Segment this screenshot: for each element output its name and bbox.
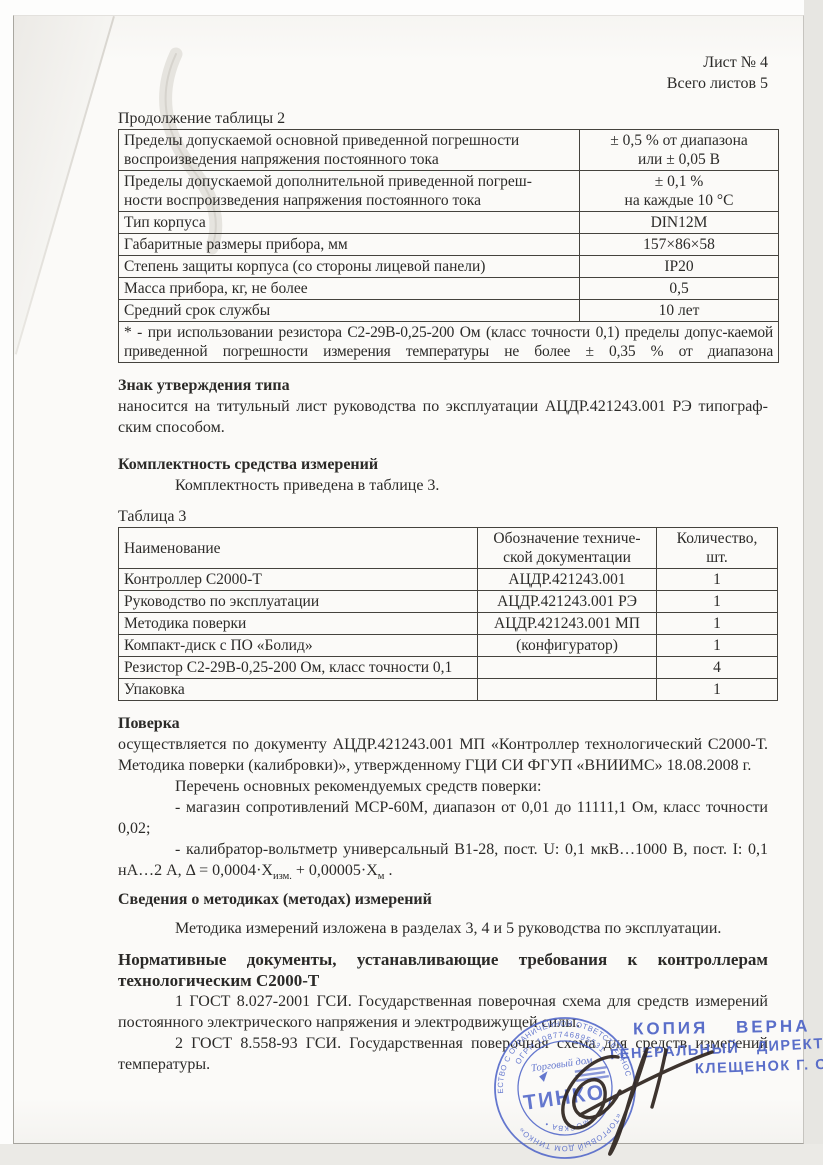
- table-row: Средний срок службы 10 лет: [119, 300, 779, 322]
- spec-value-cell: DIN12M: [580, 212, 779, 234]
- table-row: Контроллер С2000-Т АЦДР.421243.001 1: [119, 569, 778, 591]
- scanner-background-bottom: [0, 1144, 823, 1165]
- section-methods-heading: Сведения о методиках (методах) измерений: [118, 889, 768, 910]
- item-qty-cell: 4: [657, 657, 778, 679]
- col-header-qty: Количество, шт.: [657, 528, 778, 569]
- item-qty-cell: 1: [657, 613, 778, 635]
- item-name-cell: Резистор С2-29В-0,25-200 Ом, класс точно…: [119, 657, 478, 679]
- table2-footnote: * - при использовании резистора С2-29В-0…: [119, 322, 779, 363]
- table2-caption: Продолжение таблицы 2: [118, 108, 768, 129]
- item-doc-cell: [478, 657, 657, 679]
- completeness-text: Комплектность приведена в таблице 3.: [118, 475, 768, 496]
- table-header-row: Наименование Обозначение техниче- ской д…: [119, 528, 778, 569]
- item-doc-cell: (конфигуратор): [478, 635, 657, 657]
- table3-package-contents: Наименование Обозначение техниче- ской д…: [118, 527, 778, 701]
- item-doc-cell: АЦДР.421243.001 РЭ: [478, 591, 657, 613]
- section-completeness-heading: Комплектность средства измерений: [118, 454, 768, 475]
- sheet-number: Лист № 4: [118, 52, 768, 73]
- item-qty-cell: 1: [657, 569, 778, 591]
- table-row: Степень защиты корпуса (со стороны лицев…: [119, 256, 779, 278]
- section-normative-heading: Нормативные документы, устанавливающие т…: [118, 949, 768, 991]
- scanner-background-right: [804, 0, 823, 1165]
- formula-middle: + 0,00005·Х: [292, 862, 378, 879]
- item-name-cell: Контроллер С2000-Т: [119, 569, 478, 591]
- spec-value-cell: 0,5: [580, 278, 779, 300]
- spec-name-cell: Габаритные размеры прибора, мм: [119, 234, 580, 256]
- item-qty-cell: 1: [657, 635, 778, 657]
- table-row: Резистор С2-29В-0,25-200 Ом, класс точно…: [119, 657, 778, 679]
- normative-item-1: 1 ГОСТ 8.027-2001 ГСИ. Государственная п…: [118, 991, 768, 1033]
- table-row: Пределы допускаемой основной приведенной…: [119, 130, 779, 171]
- section-type-approval-heading: Знак утверждения типа: [118, 375, 768, 396]
- item-doc-cell: АЦДР.421243.001 МП: [478, 613, 657, 635]
- table-row: Тип корпуса DIN12M: [119, 212, 779, 234]
- type-approval-text: наносится на титульный лист руководства …: [118, 396, 768, 438]
- methods-text: Методика измерений изложена в разделах 3…: [118, 918, 768, 939]
- table-row: * - при использовании резистора С2-29В-0…: [119, 322, 779, 363]
- col-header-name: Наименование: [119, 528, 478, 569]
- table3-caption: Таблица 3: [118, 506, 768, 527]
- item-name-cell: Методика поверки: [119, 613, 478, 635]
- col-header-doc: Обозначение техниче- ской документации: [478, 528, 657, 569]
- verification-paragraph-1: осуществляется по документу АЦДР.421243.…: [118, 734, 768, 776]
- spec-value-cell: ± 0,5 % от диапазона или ± 0,05 В: [580, 130, 779, 171]
- table-row: Габаритные размеры прибора, мм 157×86×58: [119, 234, 779, 256]
- item-name-cell: Компакт-диск с ПО «Болид»: [119, 635, 478, 657]
- spec-value-cell: IP20: [580, 256, 779, 278]
- spec-name-cell: Средний срок службы: [119, 300, 580, 322]
- table-row: Упаковка 1: [119, 679, 778, 701]
- table-row: Методика поверки АЦДР.421243.001 МП 1: [119, 613, 778, 635]
- verification-paragraph-4: - калибратор-вольтметр универсальный В1-…: [118, 839, 768, 881]
- item-doc-cell: АЦДР.421243.001: [478, 569, 657, 591]
- spec-name-cell: Тип корпуса: [119, 212, 580, 234]
- table-row: Компакт-диск с ПО «Болид» (конфигуратор)…: [119, 635, 778, 657]
- formula-prefix: - калибратор-вольтметр универсальный В1-…: [118, 841, 768, 879]
- item-name-cell: Упаковка: [119, 679, 478, 701]
- table2-specifications: Пределы допускаемой основной приведенной…: [118, 129, 779, 363]
- verification-paragraph-3: - магазин сопротивлений МСР-60М, диапазо…: [118, 797, 768, 839]
- item-doc-cell: [478, 679, 657, 701]
- spec-name-cell: Масса прибора, кг, не более: [119, 278, 580, 300]
- formula-subscript-izm: изм.: [273, 871, 292, 882]
- table-row: Руководство по эксплуатации АЦДР.421243.…: [119, 591, 778, 613]
- total-sheets: Всего листов 5: [118, 73, 768, 94]
- scanned-page: Лист № 4 Всего листов 5 Продолжение табл…: [13, 15, 804, 1144]
- normative-item-2: 2 ГОСТ 8.558-93 ГСИ. Государственная пов…: [118, 1033, 768, 1075]
- item-name-cell: Руководство по эксплуатации: [119, 591, 478, 613]
- spec-value-cell: 10 лет: [580, 300, 779, 322]
- section-verification-heading: Поверка: [118, 713, 768, 734]
- verification-paragraph-2: Перечень основных рекомендуемых средств …: [118, 776, 768, 797]
- spec-name-cell: Степень защиты корпуса (со стороны лицев…: [119, 256, 580, 278]
- item-qty-cell: 1: [657, 591, 778, 613]
- spec-name-cell: Пределы допускаемой дополнительной приве…: [119, 171, 580, 212]
- item-qty-cell: 1: [657, 679, 778, 701]
- spec-value-cell: 157×86×58: [580, 234, 779, 256]
- spec-name-cell: Пределы допускаемой основной приведенной…: [119, 130, 580, 171]
- table-row: Масса прибора, кг, не более 0,5: [119, 278, 779, 300]
- document-content: Лист № 4 Всего листов 5 Продолжение табл…: [118, 52, 768, 1075]
- spec-value-cell: ± 0,1 % на каждые 10 °С: [580, 171, 779, 212]
- formula-end: .: [384, 862, 392, 879]
- table-row: Пределы допускаемой дополнительной приве…: [119, 171, 779, 212]
